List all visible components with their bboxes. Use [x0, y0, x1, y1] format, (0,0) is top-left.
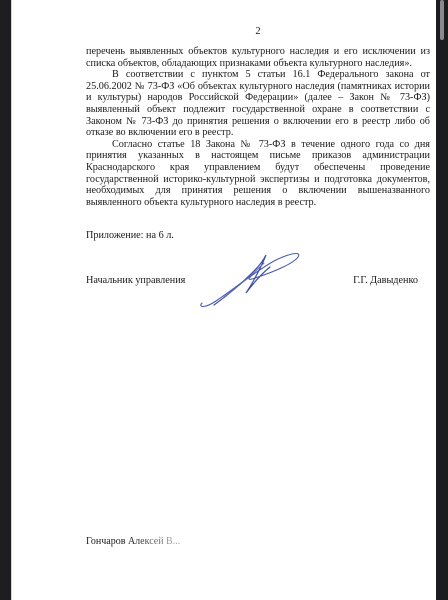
attachment-note: Приложение: на 6 л.: [86, 230, 174, 242]
vertical-scrollbar[interactable]: [437, 0, 448, 600]
signatory-position: Начальник управления: [86, 275, 185, 287]
document-page: 2 перечень выявленных объектов культурно…: [11, 0, 436, 600]
handwritten-signature-icon: [194, 245, 304, 315]
page-number: 2: [86, 26, 430, 38]
document-body: перечень выявленных объектов культурного…: [86, 46, 430, 208]
paragraph-article-18: Согласно статье 18 Закона № 73-ФЗ в тече…: [86, 139, 430, 209]
executor-name: Гончаров Алексей В...: [86, 536, 236, 548]
scrollbar-thumb[interactable]: [440, 0, 444, 40]
paragraph-law-reference: В соответствии с пунктом 5 статьи 16.1 Ф…: [86, 69, 430, 139]
signatory-name: Г.Г. Давыденко: [353, 275, 418, 287]
paragraph-continuation: перечень выявленных объектов культурного…: [86, 46, 430, 69]
document-viewer: 2 перечень выявленных объектов культурно…: [0, 0, 448, 600]
